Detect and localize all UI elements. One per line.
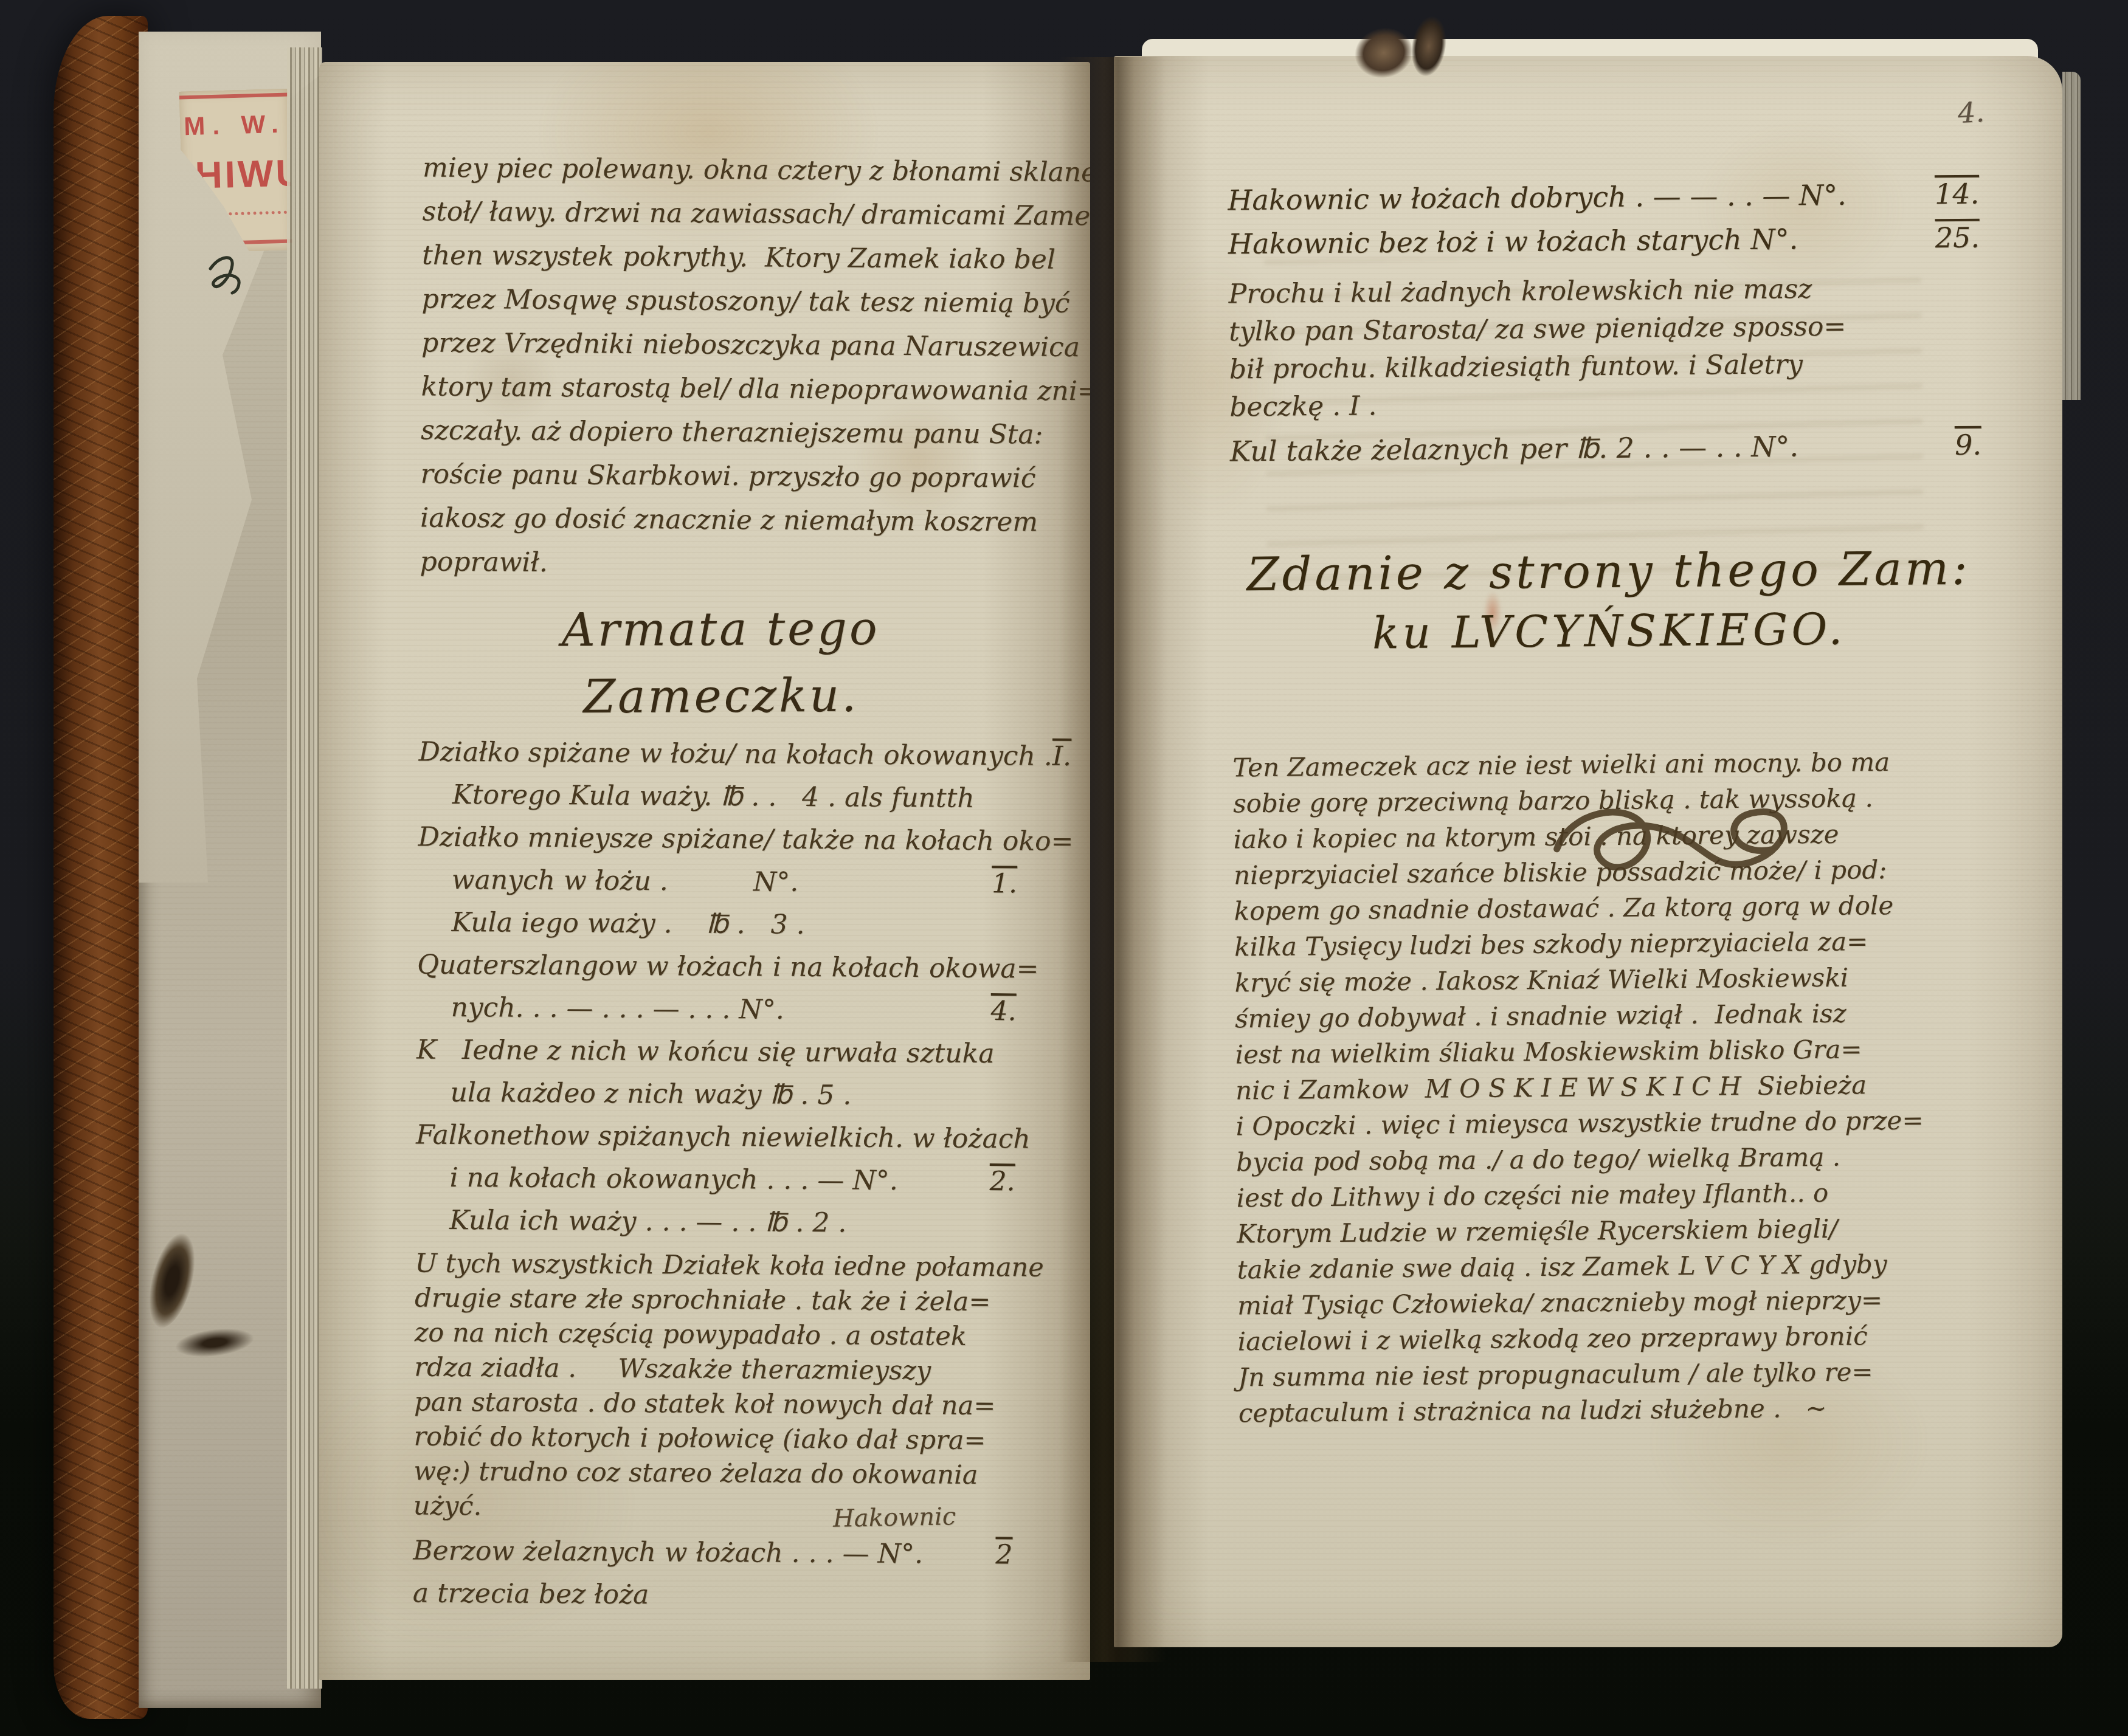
armata-heading: Armata tego Zameczku.	[419, 594, 1023, 731]
page-number: 4.	[1957, 95, 1986, 129]
armata-inventory-list: Działko spiżane w łożu/ na kołach okowan…	[415, 731, 1022, 1246]
page-edges-right	[2062, 72, 2081, 400]
iron-balls-row: Kul także żelaznych per ℔. 2 . . — . . N…	[1230, 424, 1986, 473]
right-page-text: Hakownic w łożach dobrych . — — . . — N°…	[1228, 172, 1994, 1431]
hakownice-rows: Hakownic w łożach dobrych . — — . . — N°…	[1228, 172, 1983, 266]
right-page: 4. Hakownic w łożach dobrych . — — . . —…	[1114, 56, 2062, 1647]
ink-mark	[202, 250, 257, 299]
stamp-rule	[179, 93, 289, 100]
closing-rows: Berzow żelaznych w łożach . . . — N°.2a …	[413, 1530, 1017, 1619]
wormhole-damage	[141, 1228, 204, 1332]
wheels-condition-paragraph: U tych wszystkich Działek koła iedne poł…	[413, 1247, 1018, 1528]
powder-paragraph: Prochu i kul żadnych krolewskich nie mas…	[1228, 269, 1985, 427]
photo-background: M. W. CHIWUM miey piec polewany. okna cz…	[0, 0, 2128, 1736]
book-spine-leather	[54, 16, 148, 1719]
page-edges-left	[287, 47, 322, 1689]
zdanie-heading-line2: ku LVCYŃSKIEGO.	[1231, 599, 1987, 664]
left-page: miey piec polewany. okna cztery z błonam…	[319, 62, 1090, 1680]
calligraphic-flourish	[1549, 786, 1811, 892]
opening-paragraph: miey piec polewany. okna cztery z błonam…	[420, 146, 1026, 588]
wormhole-damage	[174, 1324, 255, 1361]
left-page-text: miey piec polewany. okna cztery z błonam…	[413, 146, 1026, 1619]
zdanie-heading: Zdanie z strony thego Zam: ku LVCYŃSKIEG…	[1231, 538, 1987, 664]
zdanie-heading-line1: Zdanie z strony thego Zam:	[1231, 538, 1986, 605]
catchword: Hakownic	[833, 1503, 956, 1533]
stamp-text-top: M. W.	[179, 109, 289, 142]
